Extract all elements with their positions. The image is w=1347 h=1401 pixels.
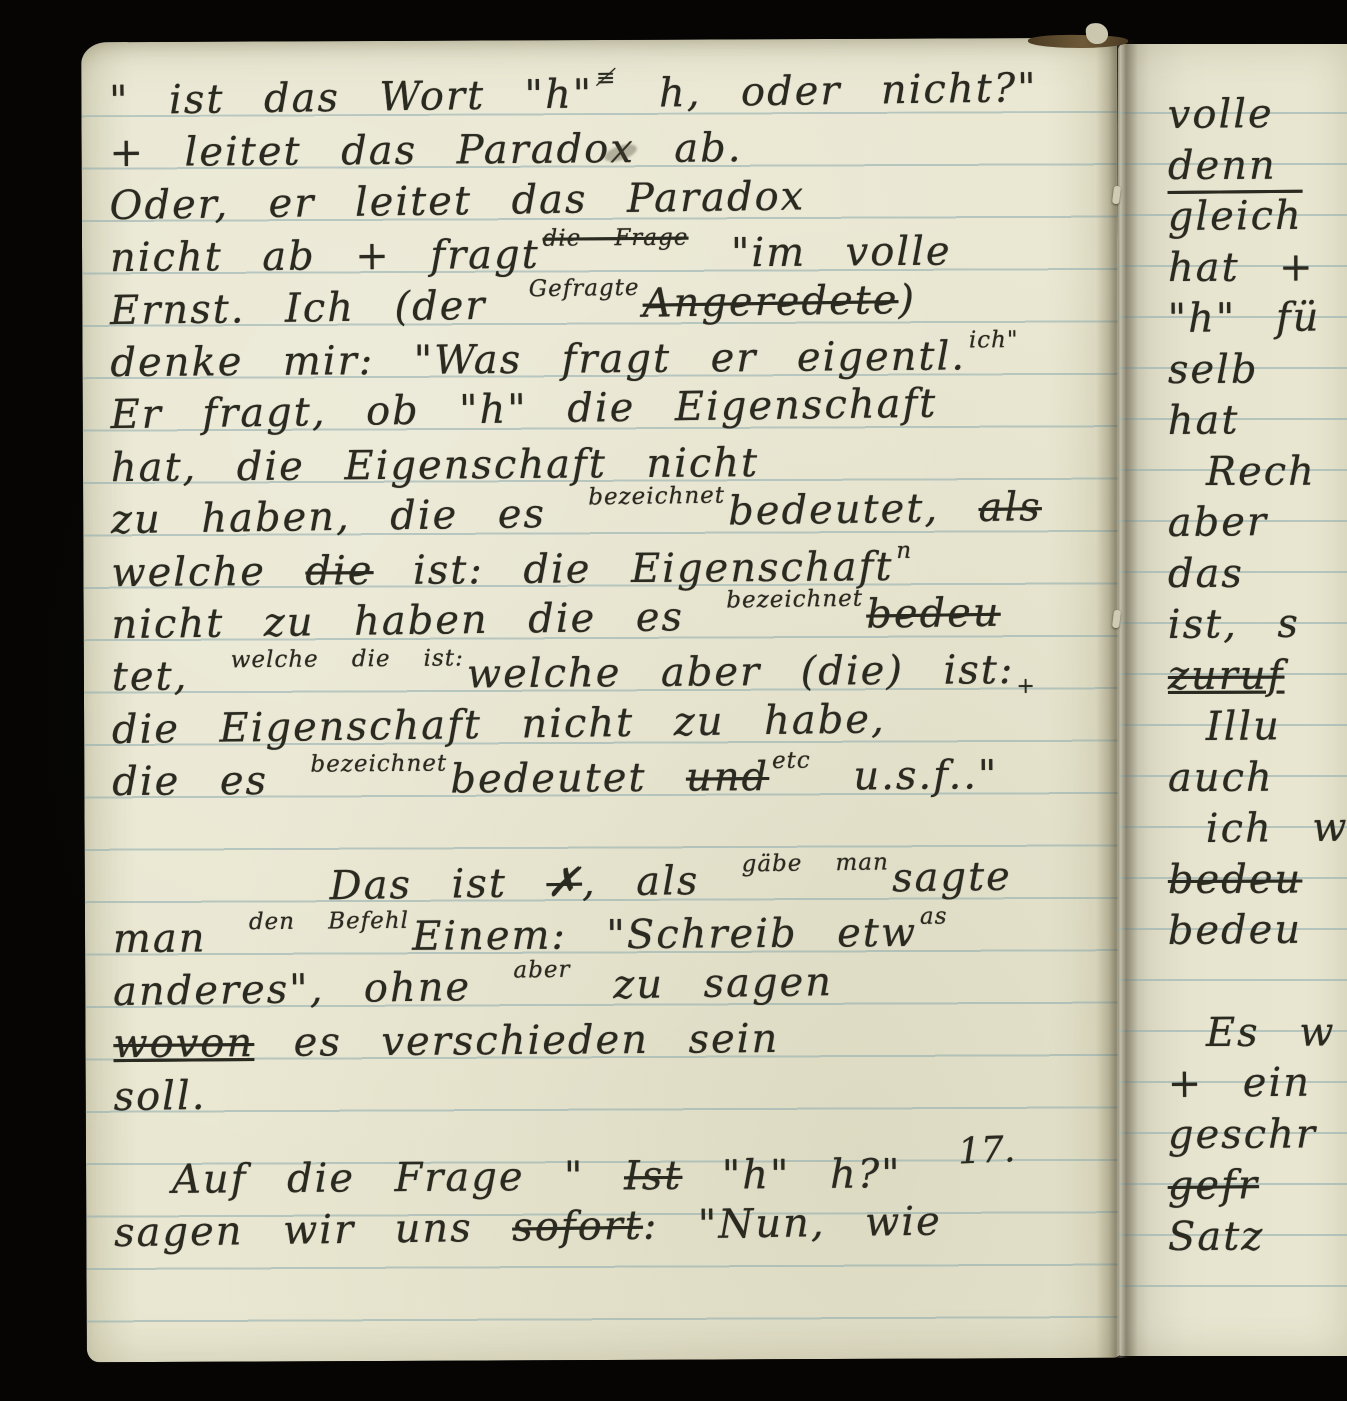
handwriting-segment: sagte <box>892 854 1012 902</box>
handwriting-segment: Das ist <box>329 860 546 909</box>
handwriting-segment: ) <box>898 276 916 322</box>
handwriting-segment: volle <box>1168 91 1274 138</box>
handwritten-line: ist, s <box>1168 595 1301 648</box>
handwriting-segment: gefr <box>1168 1162 1260 1209</box>
handwriting-segment: u.s.f.." <box>814 752 999 799</box>
handwriting-segment: Angeredete <box>642 277 898 327</box>
interlinear-insertion: as <box>920 904 948 930</box>
handwritten-line: tet, welche die ist:welche aber (die) is… <box>112 641 1039 700</box>
handwriting-segment: die es <box>112 758 308 806</box>
handwritten-line: hat <box>1168 391 1240 444</box>
handwriting-segment: + <box>1016 674 1037 699</box>
handwritten-line: Satz <box>1168 1208 1265 1260</box>
handwritten-line: gefr <box>1168 1156 1260 1209</box>
handwriting-segment: Rech <box>1206 449 1316 495</box>
interlinear-insertion: aber <box>513 957 570 984</box>
interlinear-insertion: n <box>896 538 912 564</box>
handwriting-segment: sagen wir uns <box>114 1204 513 1256</box>
left-page: " ist das Wort "h"≢ h, oder nicht?"+ lei… <box>81 38 1123 1363</box>
handwriting-segment: + ein <box>1168 1060 1312 1107</box>
handwritten-line: anderes", ohne aber zu sagen <box>113 953 834 1015</box>
handwriting-segment: zuruf <box>1168 653 1285 699</box>
handwritten-line: auch <box>1168 749 1274 801</box>
handwriting-segment: "im volle <box>691 229 951 277</box>
handwriting-segment: hat + <box>1168 244 1315 291</box>
handwritten-line: zuruf <box>1168 647 1285 699</box>
handwritten-line: bedeu <box>1168 901 1303 954</box>
interlinear-insertion: bezeichnet <box>310 751 447 778</box>
handwritten-line: aber <box>1168 493 1269 546</box>
handwritten-line: die Eigenschaft nicht zu habe, <box>112 690 886 753</box>
handwriting-segment: Es w <box>1206 1010 1336 1056</box>
interlinear-insertion: bezeichnet <box>588 483 725 511</box>
section-number: 17. <box>957 1129 1016 1172</box>
handwriting-segment: denn <box>1168 143 1277 189</box>
interlinear-insertion: bezeichnet <box>726 586 863 614</box>
handwriting-segment: es verschieden sein <box>254 1016 779 1066</box>
handwriting-segment: anderes", ohne <box>113 963 511 1015</box>
handwritten-line: ich w <box>1206 799 1347 852</box>
interlinear-insertion: welche die ist: <box>231 646 464 674</box>
handwriting-segment: man <box>113 915 246 962</box>
handwritten-line: denn <box>1168 137 1277 189</box>
handwriting-segment: Ist <box>624 1153 683 1199</box>
handwriting-segment: sofort <box>512 1203 643 1251</box>
handwritten-line: bedeu <box>1168 851 1303 903</box>
handwriting-segment: " ist das Wort "h" <box>109 71 594 124</box>
handwriting-segment: geschr <box>1168 1111 1317 1158</box>
handwriting-segment: "h" fü <box>1168 295 1321 342</box>
handwriting-segment: bedeu <box>1168 857 1302 903</box>
handwriting-segment: , als <box>582 857 740 905</box>
handwriting-segment: welche aber (die) ist: <box>467 647 1015 697</box>
interlinear-insertion: etc <box>772 748 811 774</box>
handwriting-segment: nicht ab + fragt <box>110 232 540 281</box>
handwritten-line: soll. <box>113 1066 207 1119</box>
interlinear-insertion: die Frage <box>543 225 689 252</box>
handwriting-segment: Er fragt, ob "h" die Eigenschaft <box>110 381 937 439</box>
interlinear-insertion: ≢ <box>596 65 617 91</box>
handwritten-line: geschr <box>1168 1105 1317 1158</box>
handwriting-segment: bedeu <box>866 590 1001 638</box>
handwriting-segment: die <box>305 548 373 595</box>
handwritten-line: Er fragt, ob "h" die Eigenschaft <box>110 375 937 439</box>
handwriting-segment: bedeutet, <box>728 485 979 534</box>
handwriting-segment: Oder, er leitet das Paradox <box>109 173 805 229</box>
handwriting-segment: ich w <box>1206 805 1347 852</box>
right-page-handwriting: volledenngleichhat +"h" füselbhatRechabe… <box>1118 44 1347 1356</box>
handwriting-segment: aber <box>1168 499 1269 546</box>
interlinear-insertion: gäbe man <box>741 850 889 878</box>
notebook-scan: " ist das Wort "h"≢ h, oder nicht?"+ lei… <box>0 0 1347 1401</box>
handwritten-line: Rech <box>1206 443 1316 495</box>
handwriting-segment: Illu <box>1206 703 1282 750</box>
handwriting-segment: zu sagen <box>573 959 833 1009</box>
handwritten-line: + leitet das Paradox ab. <box>109 120 742 177</box>
handwritten-line: das <box>1168 545 1244 597</box>
interlinear-insertion: Gefragte <box>529 275 640 303</box>
handwriting-segment: Ernst. Ich (der <box>110 282 527 334</box>
handwriting-segment: hat <box>1168 397 1240 444</box>
handwritten-line: die es bezeichnetbedeutet undetc u.s.f..… <box>112 746 998 805</box>
handwritten-line: Illu <box>1206 697 1282 750</box>
handwriting-segment: selb <box>1168 347 1259 393</box>
handwriting-segment: auch <box>1168 755 1274 801</box>
handwriting-segment: tet, <box>112 654 228 701</box>
interlinear-insertion: den Befehl <box>249 908 409 935</box>
handwritten-line: selb <box>1168 341 1259 393</box>
handwritten-line: gleich <box>1168 187 1304 240</box>
handwriting-segment: ✗ <box>546 860 582 906</box>
handwritten-line: volle <box>1168 85 1274 138</box>
handwriting-segment: h, oder nicht?" <box>619 65 1038 117</box>
handwriting-segment: als <box>978 484 1042 531</box>
handwriting-segment: soll. <box>113 1072 207 1119</box>
handwriting-segment: "h" h?" <box>682 1152 902 1200</box>
handwriting-segment: und <box>686 754 769 801</box>
handwriting-segment: welche <box>111 548 305 596</box>
handwritten-line: Das ist ✗, als gäbe mansagte <box>329 848 1012 910</box>
handwriting-segment: nicht zu haben die es <box>111 594 724 649</box>
handwriting-segment: Einem: "Schreib etw <box>412 910 917 960</box>
handwriting-segment: ist, s <box>1168 601 1301 648</box>
handwritten-line: Ernst. Ich (der GefragteAngeredete) <box>110 270 917 333</box>
handwritten-line: Es w <box>1206 1004 1336 1056</box>
handwriting-segment: Satz <box>1168 1214 1265 1260</box>
handwritten-line: "h" fü <box>1168 289 1321 342</box>
handwritten-line: " ist das Wort "h"≢ h, oder nicht?" <box>109 59 1038 124</box>
handwritten-line: + ein <box>1168 1054 1312 1107</box>
handwriting-segment: Auf die Frage " <box>172 1154 624 1204</box>
handwritten-line: nicht zu haben die es bezeichnetbedeu <box>111 584 1001 648</box>
handwritten-line: Oder, er leitet das Paradox <box>109 167 805 229</box>
handwriting-segment: bedeutet <box>450 755 686 803</box>
handwriting-segment: wovon <box>113 1020 254 1067</box>
handwritten-line: wovon es verschieden sein <box>113 1010 779 1067</box>
handwriting-segment: bedeu <box>1168 907 1303 954</box>
handwritten-line: hat + <box>1168 238 1315 291</box>
handwritten-line: hat, die Eigenschaft nicht <box>111 434 760 491</box>
right-page: volledenngleichhat +"h" füselbhatRechabe… <box>1118 44 1347 1356</box>
handwritten-line: sagen wir uns sofort: "Nun, wie <box>114 1192 942 1256</box>
handwriting-segment: zu haben, die es <box>111 491 586 544</box>
interlinear-insertion: ich" <box>969 327 1019 353</box>
handwriting-segment: das <box>1168 551 1244 597</box>
handwriting-segment: gleich <box>1168 193 1303 240</box>
handwriting-segment: die Eigenschaft nicht zu habe, <box>112 696 886 753</box>
handwriting-segment: : "Nun, wie <box>643 1198 942 1248</box>
